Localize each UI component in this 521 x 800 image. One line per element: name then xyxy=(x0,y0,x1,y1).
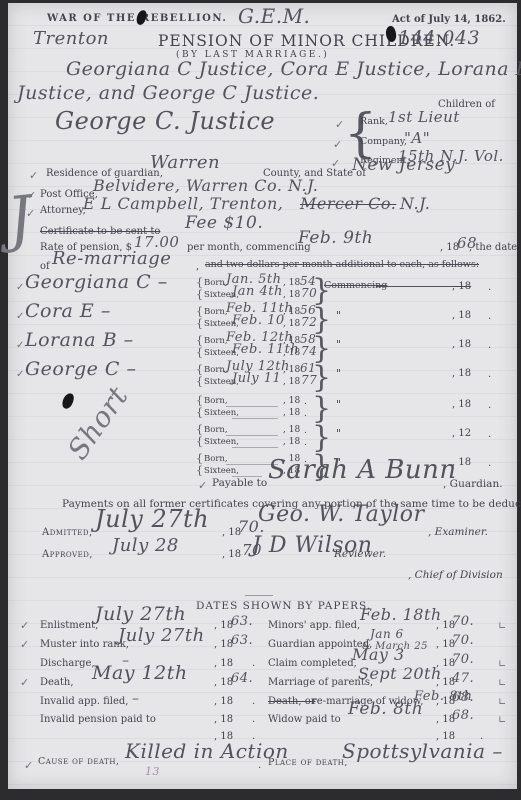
check-mark: ✓ xyxy=(16,311,24,322)
rank-value: 1st Lieut xyxy=(388,109,460,126)
year-prefix: , 18 xyxy=(283,291,300,301)
tick-mark: ∟ xyxy=(498,697,506,708)
city-annotation: Trenton xyxy=(33,29,109,49)
payable-value: Sarah A Bunn xyxy=(268,456,457,485)
year-value: 70. xyxy=(452,653,474,667)
dot: . xyxy=(304,410,307,420)
dot: . xyxy=(488,311,491,322)
rank-label: Rank, xyxy=(360,117,388,127)
dot: . xyxy=(304,439,307,449)
certificate-number: 144.043 xyxy=(398,28,480,49)
year-prefix: , 12 xyxy=(452,428,471,439)
year-prefix: , 18 xyxy=(452,368,471,379)
year-prefix: , 18 xyxy=(222,549,241,560)
year-value: 70. xyxy=(452,615,474,629)
attorney-value-end: N.J. xyxy=(400,195,430,213)
examiner-label: , Examiner. xyxy=(428,527,488,539)
check-mark: ✓ xyxy=(29,170,38,182)
dot: . xyxy=(488,369,491,380)
check-mark: ✓ xyxy=(24,760,33,772)
check-mark: ✓ xyxy=(16,369,24,380)
born-label: Born, xyxy=(204,337,228,346)
discharge-label: Discharge, xyxy=(40,658,95,669)
death-or-struck-label: Death, or xyxy=(268,696,316,707)
blank-line xyxy=(226,426,278,436)
dot: . xyxy=(252,714,255,725)
ditto-mark: " xyxy=(336,428,341,440)
reviewer-label: Reviewer. xyxy=(334,549,386,561)
brace: { xyxy=(196,289,203,301)
check-mark: ✓ xyxy=(16,282,24,293)
year-prefix: , 18 xyxy=(452,339,471,350)
death-date: May 12th xyxy=(92,663,188,684)
blank-line xyxy=(232,409,278,419)
born-label: Born, xyxy=(204,279,228,288)
year-prefix: , 18 xyxy=(452,399,471,410)
examiner-signature: Geo. W. Taylor xyxy=(258,503,425,527)
tick-mark: ∟ xyxy=(498,621,506,632)
muster-label: Muster into rank, xyxy=(40,639,129,650)
sixteen-date: Jan 4th xyxy=(232,285,283,299)
cause-of-death-label: Cause of death, xyxy=(38,757,119,767)
check-mark: ✓ xyxy=(335,119,344,131)
year-prefix-struck: , 18 xyxy=(452,281,471,292)
child-name: Cora E – xyxy=(25,301,111,322)
year-prefix: , 18 xyxy=(214,696,233,707)
enlistment-date: July 27th xyxy=(95,604,186,625)
born-label: Born, xyxy=(204,397,228,406)
section-divider xyxy=(245,595,273,596)
check-mark: ✓ xyxy=(20,620,29,632)
post-office-value: Belvidere, Warren Co. N.J. xyxy=(93,177,318,195)
year-prefix: , 18 xyxy=(283,349,300,359)
place-of-death-label: Place of death, xyxy=(268,758,348,768)
year-value: 70. xyxy=(452,634,474,648)
check-mark: ✓ xyxy=(20,677,29,689)
ditto-mark: " xyxy=(336,310,341,322)
check-mark: ✓ xyxy=(20,639,29,651)
dot: . xyxy=(488,458,491,469)
blank-line xyxy=(232,467,262,477)
dot: . xyxy=(304,427,307,437)
year-prefix: , 18 xyxy=(283,409,300,419)
year-value: 68. xyxy=(452,709,474,723)
sixteen-date: Feb. 10 xyxy=(232,314,285,328)
year-prefix: , 18 xyxy=(214,658,233,669)
born-label: Born, xyxy=(204,308,228,317)
approved-date: July 28 xyxy=(112,536,179,556)
enlistment-label: Enlistment, xyxy=(40,620,98,631)
year-value: 47. xyxy=(452,672,474,686)
company-label: Company, xyxy=(360,137,407,147)
admitted-date: July 27th xyxy=(95,506,209,532)
brace: { xyxy=(196,436,203,448)
year-prefix: , 18 xyxy=(283,366,300,376)
claim-completed-label: Claim completed, xyxy=(268,658,357,669)
guardian-suffix: , Guardian. xyxy=(443,479,503,491)
comma: , xyxy=(196,261,199,272)
child-name: Georgiana C – xyxy=(25,272,168,293)
dot: . xyxy=(252,658,255,669)
death-label: Death, xyxy=(40,677,74,688)
tick-mark: ∟ xyxy=(498,659,506,670)
soldier-name: George C. Justice xyxy=(55,108,275,134)
brace: { xyxy=(196,407,203,419)
date-suffix: , the date xyxy=(469,242,517,253)
attorney-label: Attorney, xyxy=(40,205,86,216)
brace: { xyxy=(196,318,203,330)
children-names-line2: Justice, and George C Justice. xyxy=(17,83,319,104)
year-prefix: , 18 xyxy=(452,310,471,321)
state-value: New Jersey xyxy=(352,156,455,175)
tick-mark: ∟ xyxy=(498,715,506,726)
ditto-mark: " xyxy=(336,368,341,380)
dot: . xyxy=(488,429,491,440)
claim-completed-date: May 3 xyxy=(352,646,405,664)
place-of-death-value: Spottsylvania – xyxy=(342,740,503,762)
strike-line xyxy=(376,286,452,287)
year-value: 63. xyxy=(231,634,253,648)
invalid-pension-paid-label: Invalid pension paid to xyxy=(40,714,156,725)
year-prefix: , 18 xyxy=(283,279,300,289)
marriage-of-parents-date: Sept 20th xyxy=(358,665,442,683)
born-label: Born, xyxy=(204,366,228,375)
year-prefix: , 18 xyxy=(283,397,300,407)
brace: { xyxy=(196,465,203,477)
year-prefix: , 18 xyxy=(283,426,300,436)
sixteen-date: July 11 xyxy=(232,372,281,386)
attorney-value: E L Campbell, Trenton, xyxy=(83,195,283,213)
dot: . xyxy=(488,400,491,411)
year-prefix: , 18 xyxy=(283,438,300,448)
residence-value: Warren xyxy=(150,153,220,173)
year-value: 63. xyxy=(231,615,253,629)
brace: { xyxy=(196,347,203,359)
per-month-label: per month, commencing xyxy=(187,242,311,253)
dates-section-title: DATES SHOWN BY PAPERS. xyxy=(196,601,371,613)
widow-paid-date: Feb. 8th xyxy=(348,700,423,719)
year-value: 64. xyxy=(231,672,253,686)
invalid-app-dash: – xyxy=(132,692,140,707)
year-prefix: , 18 xyxy=(214,714,233,725)
payable-label: Payable to xyxy=(212,478,267,490)
invalid-app-filed-label: Invalid app. filed, xyxy=(40,696,128,707)
born-label: Born, xyxy=(204,455,228,464)
dot: . xyxy=(488,340,491,351)
guardian-appointed-date: Jan 6 xyxy=(370,628,404,641)
admitted-label: Admitted, xyxy=(42,527,93,538)
ditto-mark: " xyxy=(336,339,341,351)
dot: . xyxy=(488,282,491,293)
tick-mark: ∟ xyxy=(498,678,506,689)
born-label: Born, xyxy=(204,426,228,435)
chief-of-division-label: , Chief of Division xyxy=(408,570,503,582)
year-value: 68. xyxy=(452,691,474,705)
dot: . xyxy=(258,760,261,771)
year-prefix: , 18 xyxy=(283,308,300,318)
children-names-line1: Georgiana C Justice, Cora E Justice, Lor… xyxy=(66,59,521,80)
cause-of-death-value: Killed in Action xyxy=(125,740,289,762)
widow-paid-label: Widow paid to xyxy=(268,714,341,725)
fee-value: Fee $10. xyxy=(185,214,263,233)
year-prefix: , 18 xyxy=(283,378,300,388)
approved-label: Approved, xyxy=(42,549,93,560)
remarriage-value: Re-marriage xyxy=(52,249,171,269)
ditto-mark: " xyxy=(336,399,341,411)
attorney-value-struck: Mercer Co. xyxy=(300,195,396,213)
act-label: Act of July 14, 1862. xyxy=(392,14,506,25)
child-name: George C – xyxy=(25,359,136,380)
dot: . xyxy=(252,696,255,707)
check-mark: ✓ xyxy=(16,340,24,351)
blank-line xyxy=(226,397,278,407)
company-value: "A" xyxy=(404,130,430,147)
blank-line xyxy=(232,438,278,448)
check-mark: ✓ xyxy=(198,480,207,492)
brace: } xyxy=(312,361,331,394)
muster-date: July 27th xyxy=(118,626,205,646)
minors-app-filed-date: Feb. 18th xyxy=(360,606,442,624)
child-name: Lorana B – xyxy=(25,330,134,351)
struck-clause: and two dollars per month additional to … xyxy=(205,260,479,270)
year-prefix: , 18 xyxy=(283,320,300,330)
brace: { xyxy=(196,376,203,388)
minors-app-filed-label: Minors' app. filed, xyxy=(268,620,360,631)
pencil-note: 13 xyxy=(145,766,160,778)
check-mark: ✓ xyxy=(333,139,342,151)
dot: . xyxy=(304,398,307,408)
clerk-initials: G.E.M. xyxy=(238,5,310,27)
commencing-date-value: Feb. 9th xyxy=(298,229,373,248)
